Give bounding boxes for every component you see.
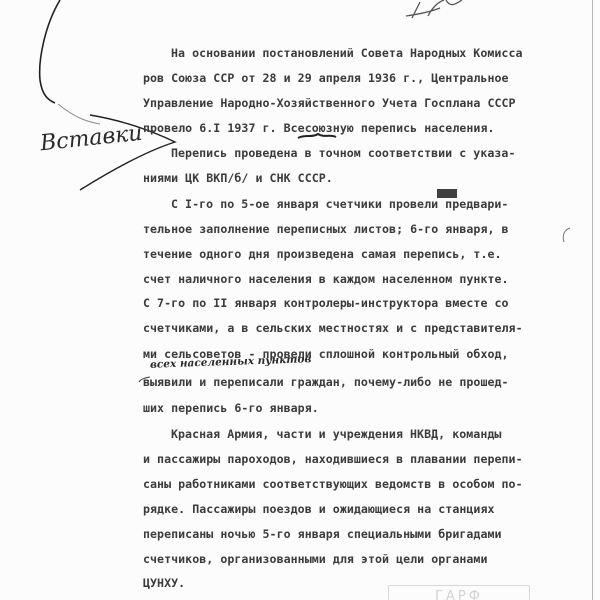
text-line: течение одного дня произведена самая пер… xyxy=(143,247,502,261)
text-line: счетчиками, а в сельских местностях и с … xyxy=(143,321,523,335)
text-line: выявили и переписали граждан, почему-либ… xyxy=(143,375,509,389)
text-line: тельное заполнение переписных листов; 6-… xyxy=(143,222,509,236)
text-line: ров Союза ССР от 28 и 29 апреля 1936 г.,… xyxy=(143,71,509,85)
text-line: рядке. Пассажиры поездов и ожидающиеся н… xyxy=(143,502,495,516)
archive-stamp: ГАРФ xyxy=(388,585,530,600)
text-line: ЦУНХУ. xyxy=(143,576,185,590)
text-line: счет наличного населения в каждом населе… xyxy=(143,272,509,286)
margin-note-handwritten: Вставки xyxy=(39,121,144,157)
text-line: ниями ЦК ВКП/б/ и СНК СССР. xyxy=(143,171,333,185)
text-line: На основании постановлений Совета Народн… xyxy=(171,46,523,60)
text-line: и пассажиры пароходов, находившиеся в пл… xyxy=(143,452,523,466)
text-line: Красная Армия, части и учреждения НКВД, … xyxy=(171,427,501,441)
text-line: С I-го по 5-ое января счетчики провели п… xyxy=(171,197,508,211)
document-page: Вставки всех населенных пунктов На основ… xyxy=(0,0,600,600)
text-line: ших перепись 6-го января. xyxy=(143,401,319,415)
text-line: провело 6.I 1937 г. Всесоюзную перепись … xyxy=(143,121,495,135)
text-line: переписаны ночью 5-го января специальным… xyxy=(143,527,502,541)
text-line: Управление Народно-Хозяйственного Учета … xyxy=(143,96,516,110)
text-line: счетчиков, организованными для этой цели… xyxy=(143,552,487,566)
text-line: Перепись проведена в точном соответствии… xyxy=(171,146,515,160)
text-line: саны работниками соответствующих ведомст… xyxy=(143,477,523,491)
page-edge-line xyxy=(592,0,593,600)
text-line: С 7-го по II января контролеры-инструкто… xyxy=(143,296,509,310)
text-line: ми сельсоветов - провели сплошной контро… xyxy=(143,347,509,361)
